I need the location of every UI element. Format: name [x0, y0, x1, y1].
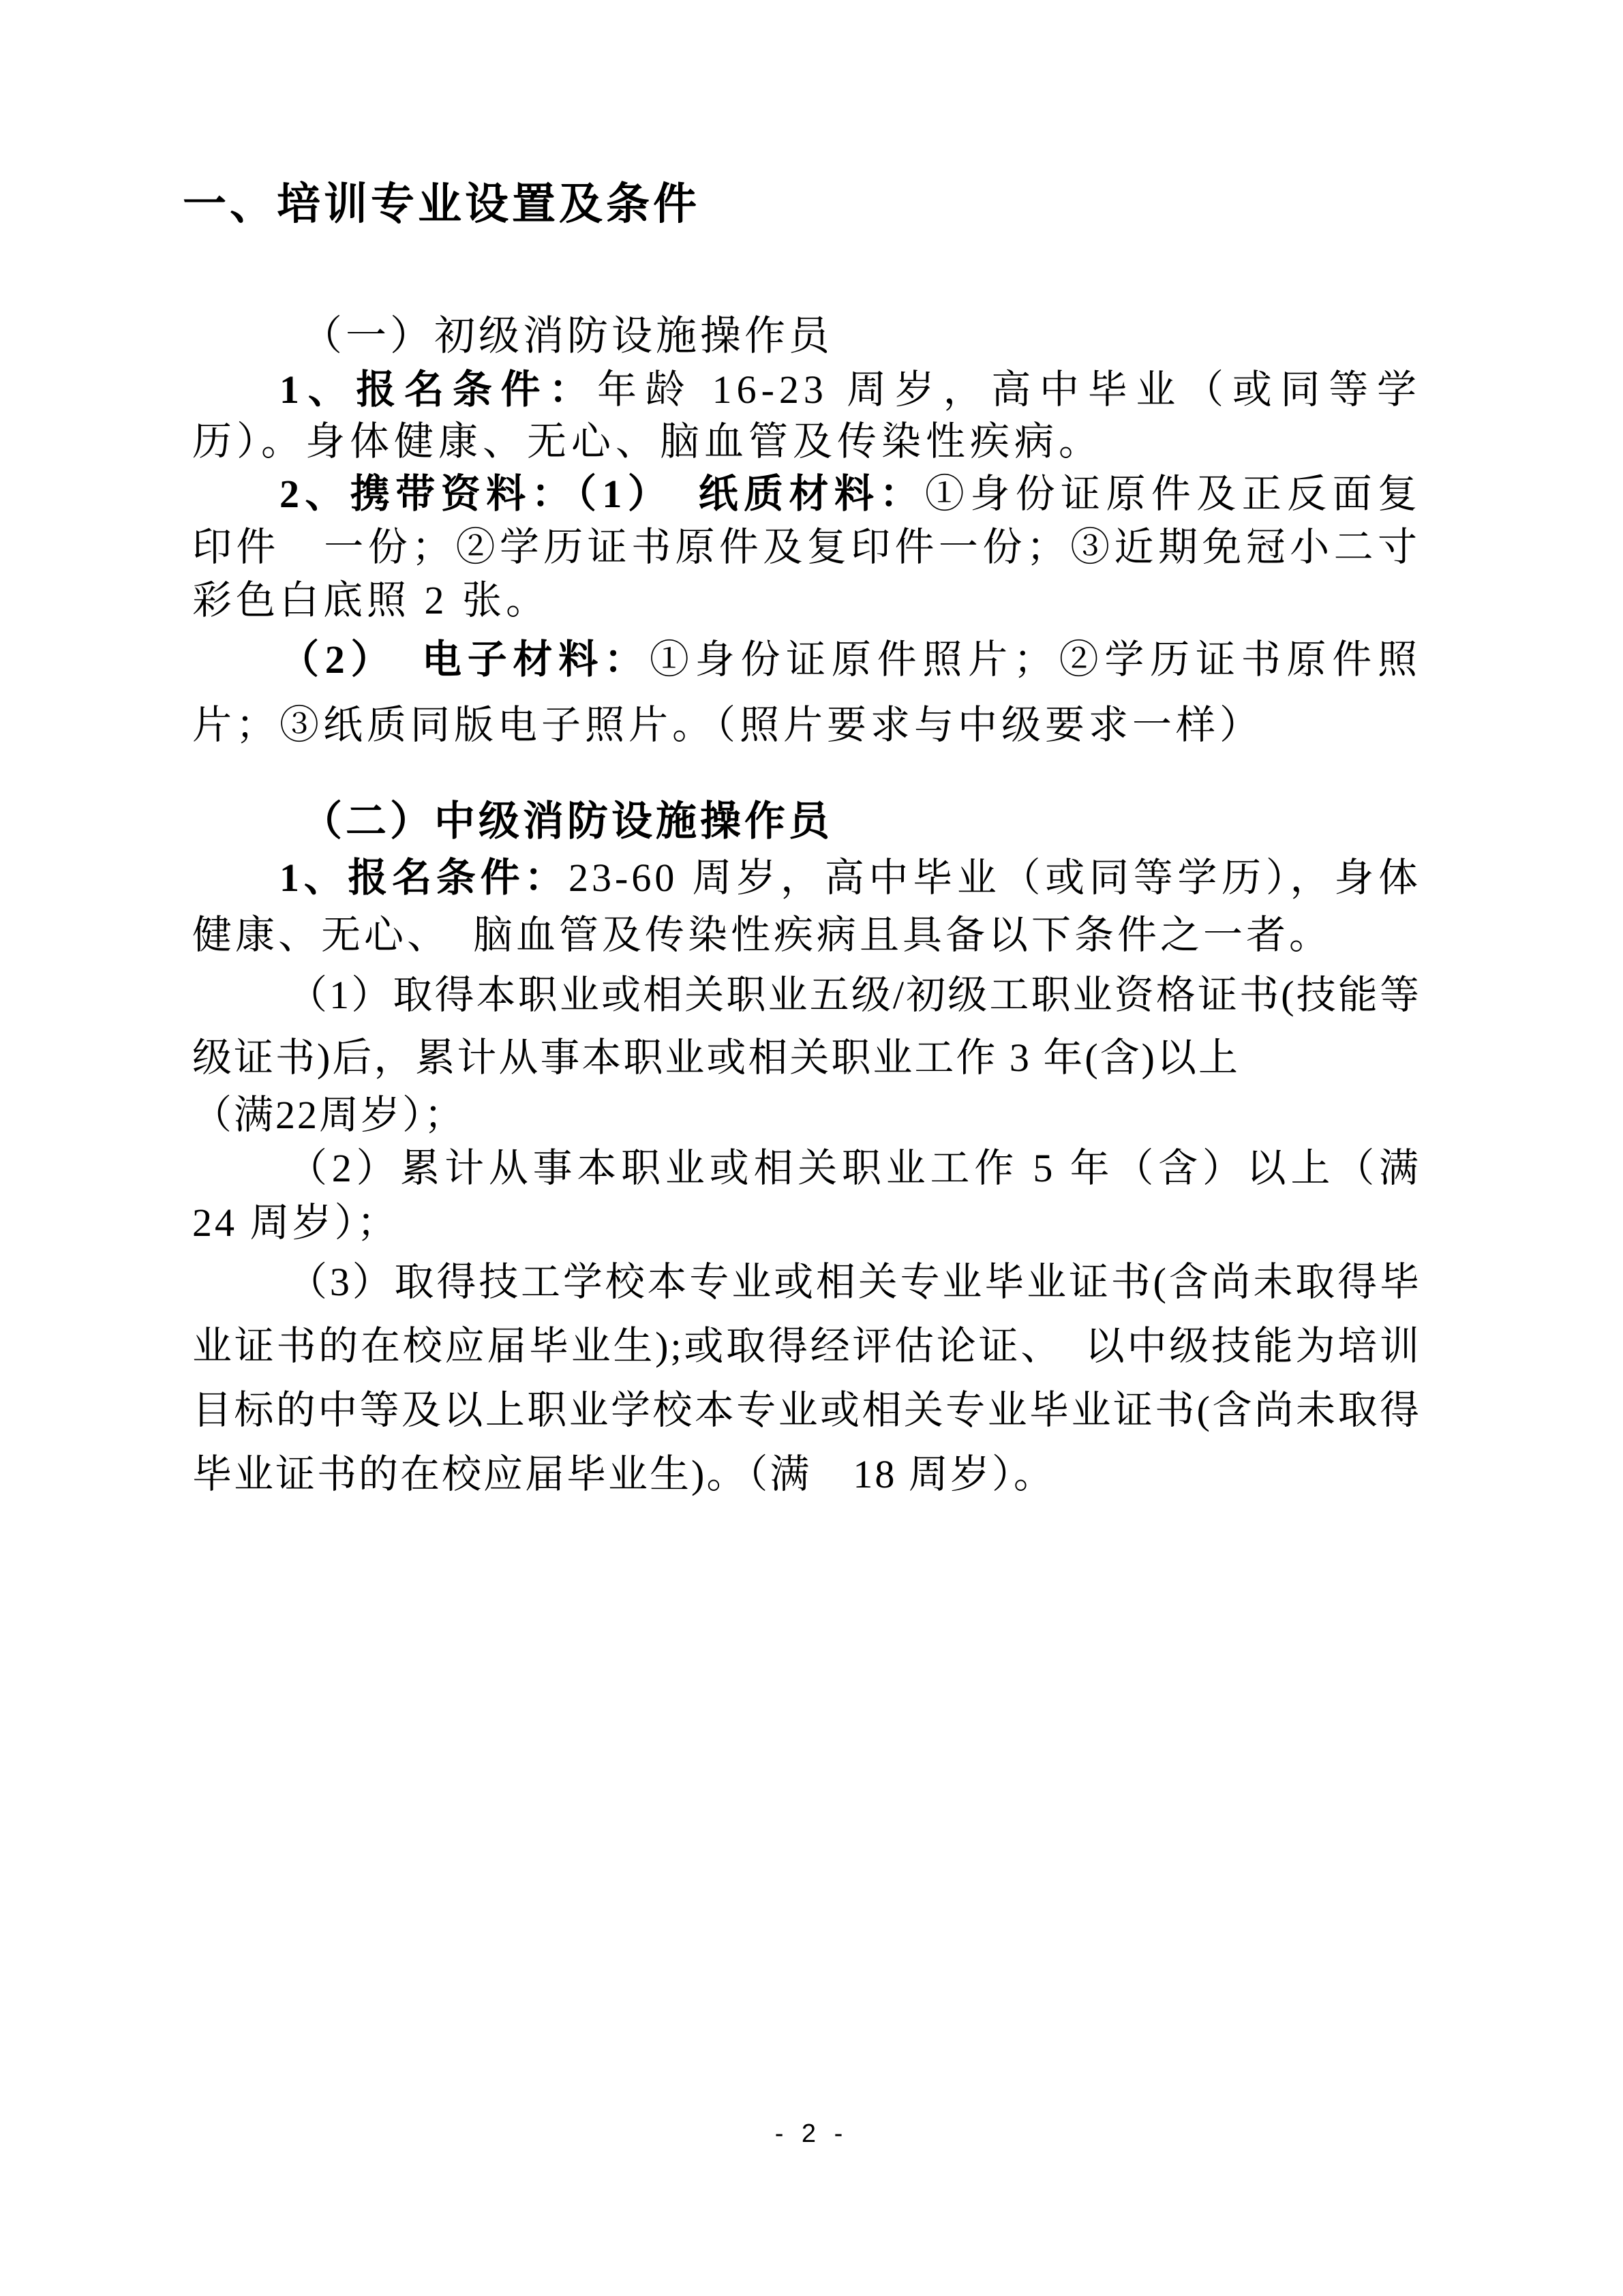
condition-item-3: （3）取得技工学校本专业或相关专业毕业证书(含尚未取得毕业证书的在校应届毕业生)…: [192, 1250, 1421, 1507]
paragraph-primary-enrollment-conditions: 1、报名条件：年龄 16-23 周岁，高中毕业（或同等学历）。身体健康、无心、脑…: [192, 364, 1421, 468]
paragraph-lead-label: （2） 电子材料：: [279, 637, 650, 682]
document-page: 一、培训专业设置及条件 （一）初级消防设施操作员 1、报名条件：年龄 16-23…: [0, 0, 1623, 2296]
paragraph-lead-label: 2、携带资料：（1） 纸质材料：: [279, 472, 925, 516]
document-content: 一、培训专业设置及条件 （一）初级消防设施操作员 1、报名条件：年龄 16-23…: [0, 176, 1623, 1507]
subsection-heading-intermediate-operator: （二）中级消防设施操作员: [192, 794, 1421, 849]
paragraph-intermediate-enrollment-conditions: 1、报名条件：23-60 周岁，高中毕业（或同等学历），身体健康、无心、 脑血管…: [192, 849, 1421, 964]
document-title: 一、培训专业设置及条件: [183, 176, 1421, 232]
paragraph-lead-label: 1、报名条件：: [279, 856, 568, 900]
condition-item-1: （1）取得本职业或相关职业五级/初级工职业资格证书(技能等级证书)后，累计从事本…: [192, 964, 1421, 1089]
paragraph-primary-electronic-materials: （2） 电子材料：①身份证原件照片；②学历证书原件照片；③纸质同版电子照片。（照…: [192, 627, 1421, 758]
condition-item-2: （2）累计从事本职业或相关职业工作 5 年（含）以上（满 24 周岁）；: [192, 1141, 1421, 1250]
page-number: - 2 -: [0, 2119, 1623, 2149]
condition-item-1-age-note: （满22周岁）；: [192, 1089, 1421, 1141]
paragraph-primary-paper-materials: 2、携带资料：（1） 纸质材料：①身份证原件及正反面复印件 一份；②学历证书原件…: [192, 468, 1421, 627]
subsection-heading-primary-operator: （一）初级消防设施操作员: [192, 308, 1421, 364]
paragraph-lead-label: 1、报名条件：: [279, 367, 597, 412]
